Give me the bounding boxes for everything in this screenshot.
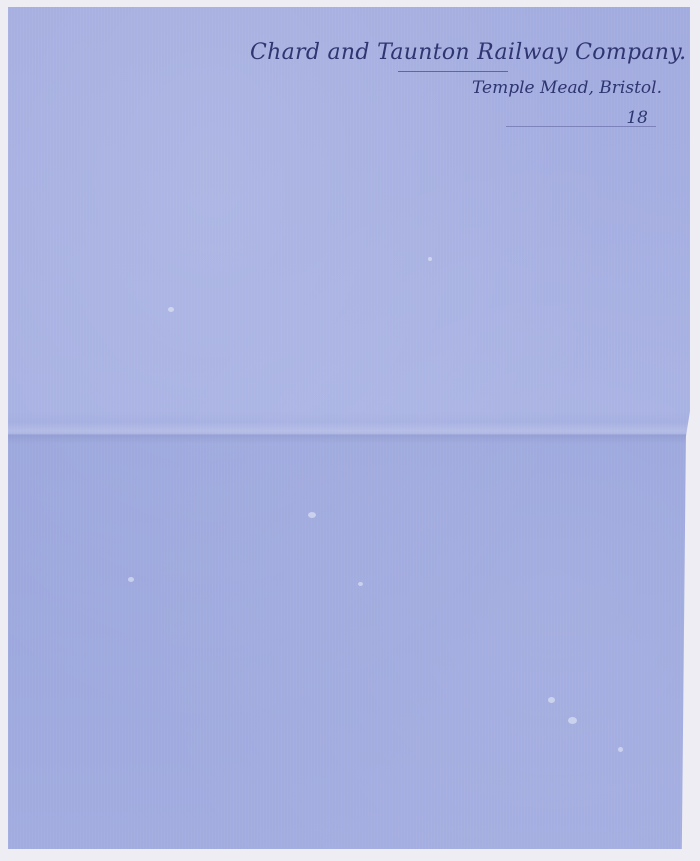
paper-speck: [128, 577, 134, 582]
paper-speck: [428, 257, 432, 261]
date-line: 18: [250, 108, 670, 130]
paper-speck: [548, 697, 555, 703]
paper-speck: [568, 717, 577, 724]
company-name: Chard and Taunton Railway Company.: [250, 37, 670, 69]
paper-speck: [308, 512, 316, 518]
date-year-prefix: 18: [626, 108, 648, 128]
scanned-document: Chard and Taunton Railway Company. Templ…: [0, 0, 700, 861]
letterhead: Chard and Taunton Railway Company. Templ…: [250, 37, 670, 130]
paper-speck: [618, 747, 623, 752]
paper-speck: [168, 307, 174, 312]
letter-sheet: Chard and Taunton Railway Company. Templ…: [8, 7, 690, 849]
header-rule: [398, 71, 508, 72]
paper-speck: [358, 582, 363, 586]
company-address: Temple Mead, Bristol.: [250, 74, 670, 102]
fold-crease: [8, 422, 690, 444]
